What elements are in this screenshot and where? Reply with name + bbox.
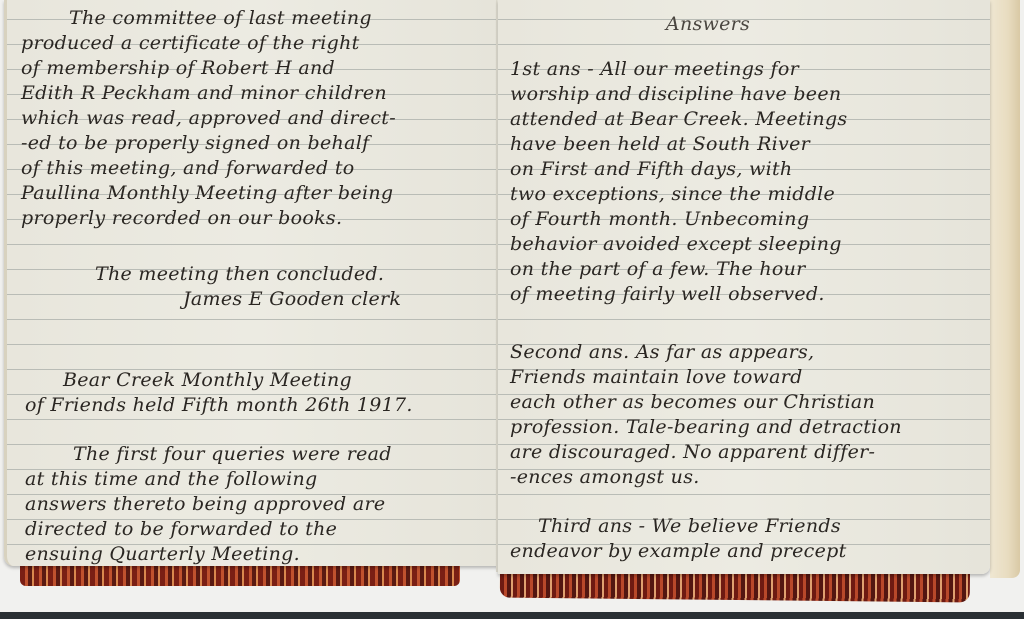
text-line: The meeting then concluded. — [95, 262, 401, 287]
bottom-shadow — [0, 612, 1024, 619]
text-line: Bear Creek Monthly Meeting — [25, 368, 413, 393]
text-line: 1st ans - All our meetings for — [510, 57, 847, 82]
text-line: of Friends held Fifth month 26th 1917. — [25, 393, 413, 418]
text-line: -ed to be properly signed on behalf — [21, 131, 396, 156]
text-line: have been held at South River — [510, 132, 847, 157]
text-line: -ences amongst us. — [510, 465, 902, 490]
text-line: on the part of a few. The hour — [510, 257, 847, 282]
text-line: The first four queries were read — [25, 442, 392, 467]
text-line: of this meeting, and forwarded to — [21, 156, 396, 181]
text-line: Paullina Monthly Meeting after being — [21, 181, 396, 206]
clerk-signature: James E Gooden clerk — [95, 287, 401, 312]
text-line: Friends maintain love toward — [510, 365, 902, 390]
second-answer: Second ans. As far as appears, Friends m… — [510, 340, 902, 490]
text-line: two exceptions, since the middle — [510, 182, 847, 207]
text-line: are discouraged. No apparent differ- — [510, 440, 902, 465]
page-edge-stack — [990, 0, 1020, 578]
text-line: which was read, approved and direct- — [21, 106, 396, 131]
left-page: The committee of last meeting produced a… — [4, 0, 501, 566]
answers-title: Answers — [498, 12, 918, 37]
text-line: Second ans. As far as appears, — [510, 340, 902, 365]
text-line: behavior avoided except sleeping — [510, 232, 847, 257]
text-line: profession. Tale-bearing and detraction — [510, 415, 902, 440]
text-line: of membership of Robert H and — [21, 56, 396, 81]
text-line: The committee of last meeting — [21, 6, 396, 31]
text-line: attended at Bear Creek. Meetings — [510, 107, 847, 132]
text-line: worship and discipline have been — [510, 82, 847, 107]
right-page: Answers 1st ans - All our meetings for w… — [498, 0, 990, 574]
text-line: Third ans - We believe Friends — [510, 514, 847, 539]
third-answer: Third ans - We believe Friends endeavor … — [510, 514, 847, 564]
text-line: answers thereto being approved are — [25, 492, 392, 517]
first-answer: 1st ans - All our meetings for worship a… — [510, 57, 847, 307]
text-line: ensuing Quarterly Meeting. — [25, 542, 392, 567]
queries-paragraph: The first four queries were read at this… — [25, 442, 392, 567]
text-line: endeavor by example and precept — [510, 539, 847, 564]
text-line: of Fourth month. Unbecoming — [510, 207, 847, 232]
answers-title-block: Answers — [498, 12, 918, 37]
conclusion-paragraph: The meeting then concluded. James E Good… — [95, 262, 401, 312]
text-line: of meeting fairly well observed. — [510, 282, 847, 307]
text-line: Edith R Peckham and minor children — [21, 81, 396, 106]
text-line: produced a certificate of the right — [21, 31, 396, 56]
text-line: each other as becomes our Christian — [510, 390, 902, 415]
text-line: directed to be forwarded to the — [25, 517, 392, 542]
text-line: on First and Fifth days, with — [510, 157, 847, 182]
meeting-header: Bear Creek Monthly Meeting of Friends he… — [25, 368, 413, 418]
certificate-paragraph: The committee of last meeting produced a… — [21, 6, 396, 231]
text-line: properly recorded on our books. — [21, 206, 396, 231]
text-line: at this time and the following — [25, 467, 392, 492]
